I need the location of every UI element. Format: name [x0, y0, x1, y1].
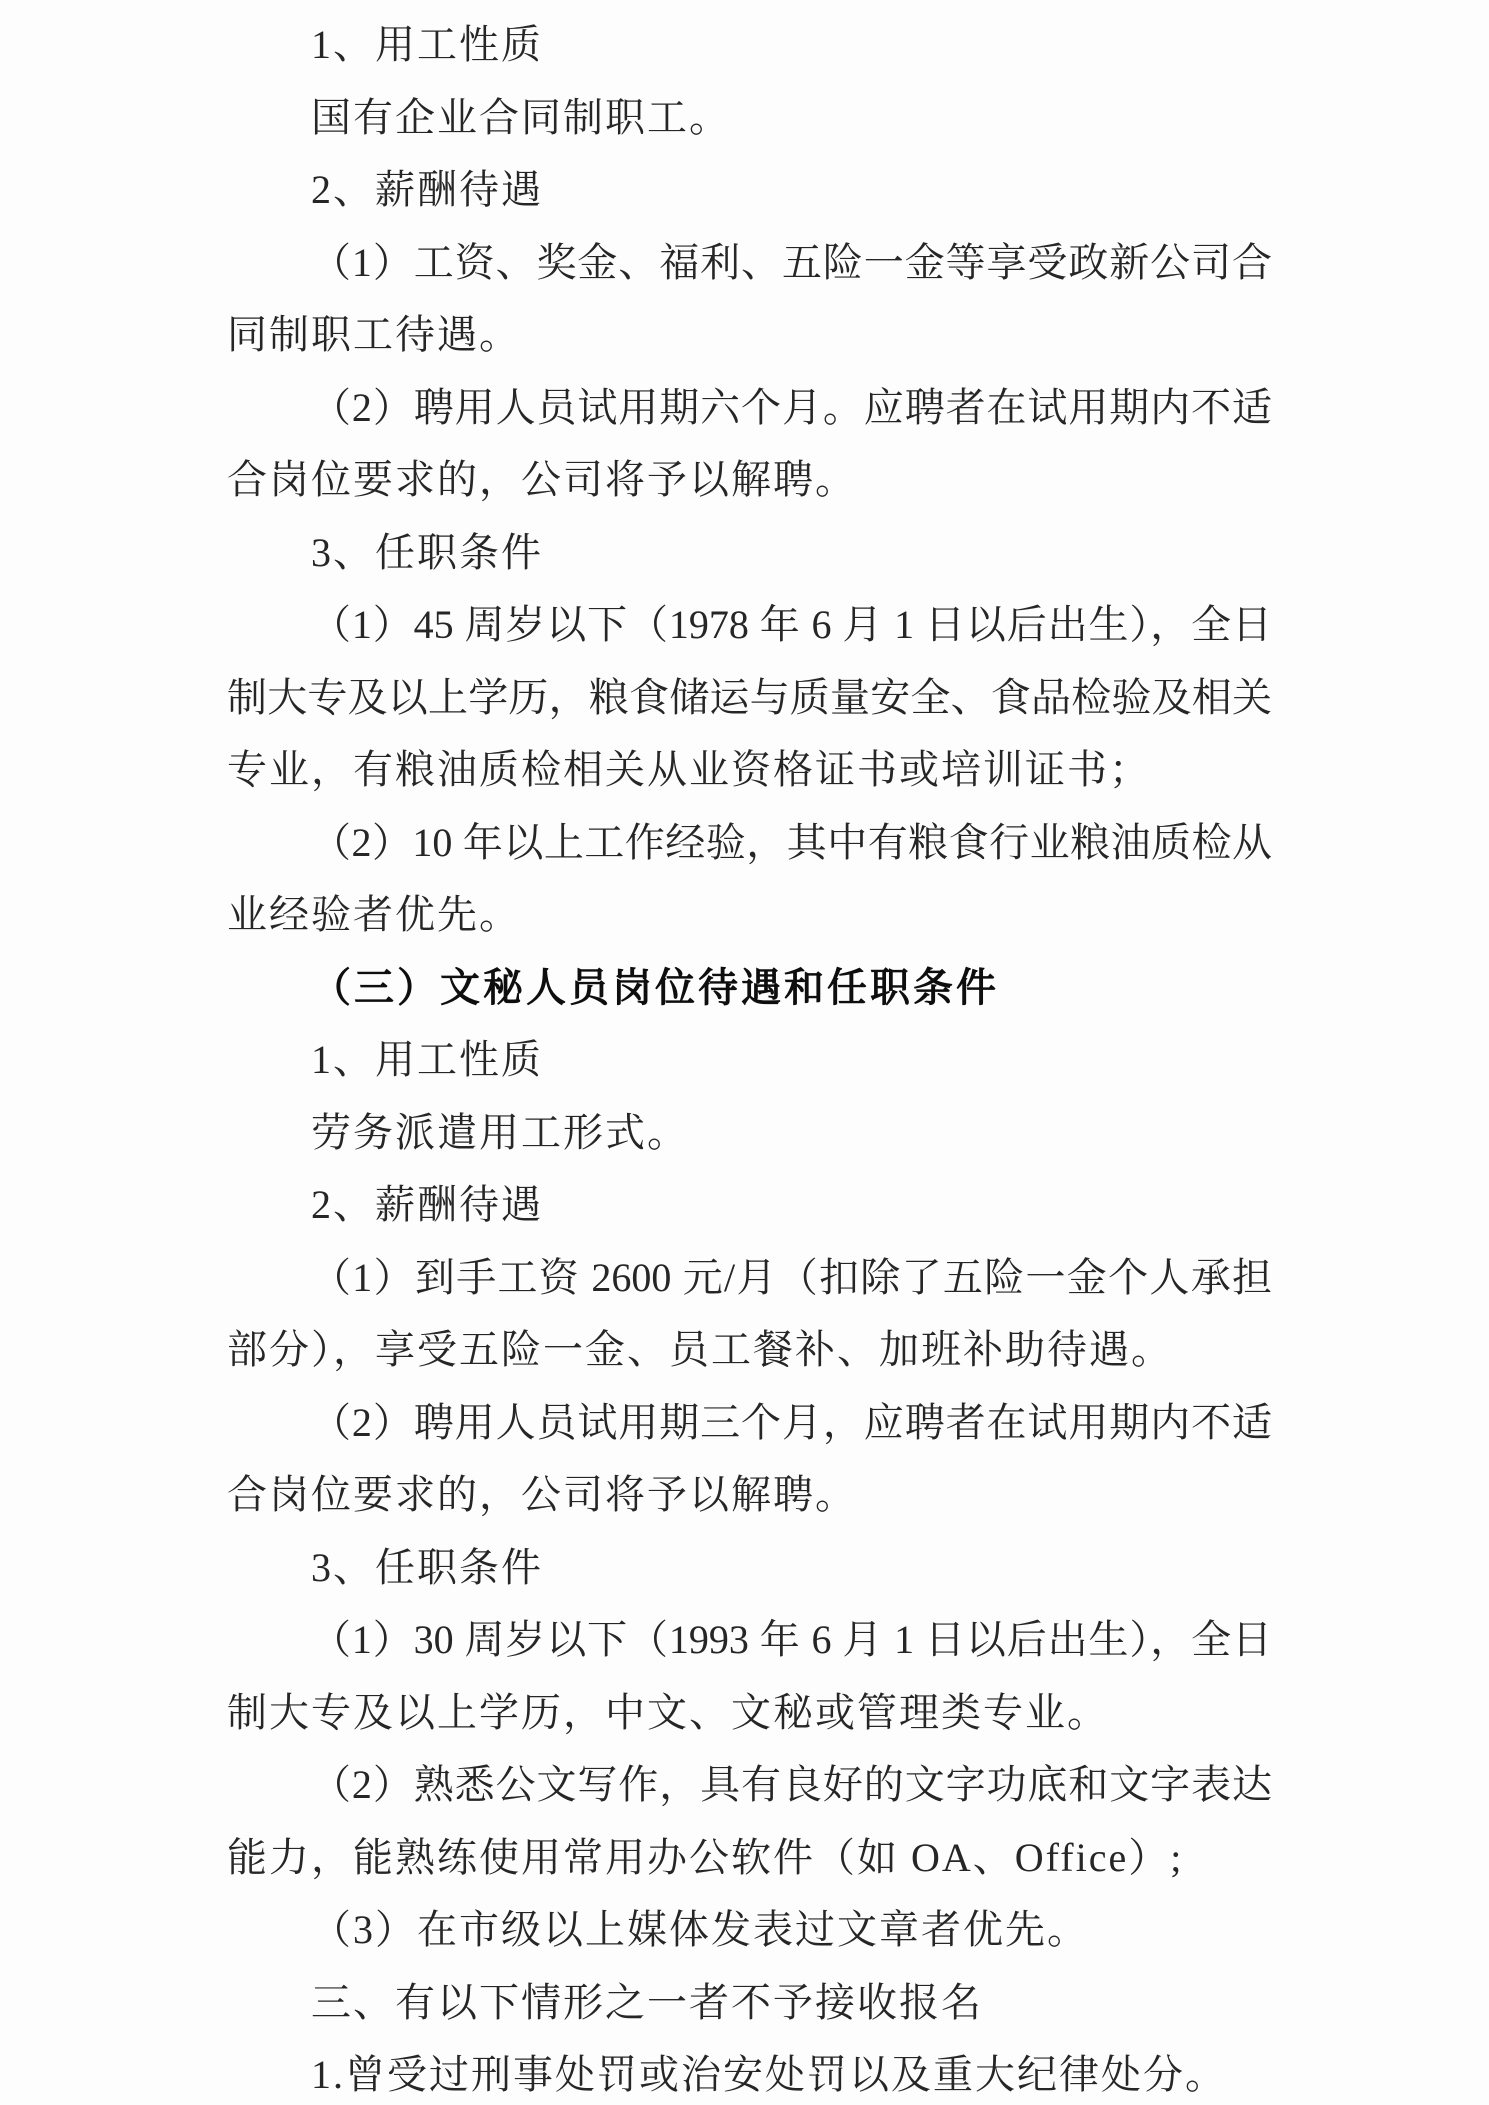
- document-page: 1、用工性质国有企业合同制职工。2、薪酬待遇（1）工资、奖金、福利、五险一金等享…: [0, 0, 1489, 2105]
- document-body: 1、用工性质国有企业合同制职工。2、薪酬待遇（1）工资、奖金、福利、五险一金等享…: [227, 9, 1272, 2105]
- document-line: 同制职工待遇。: [227, 299, 1272, 372]
- document-line: 部分），享受五险一金、员工餐补、加班补助待遇。: [227, 1314, 1272, 1387]
- document-line: （1）到手工资 2600 元/月（扣除了五险一金个人承担: [227, 1242, 1272, 1315]
- document-line: 劳务派遣用工形式。: [227, 1097, 1272, 1170]
- document-line: （2）10 年以上工作经验，其中有粮食行业粮油质检从: [227, 807, 1272, 880]
- document-line: （3）在市级以上媒体发表过文章者优先。: [227, 1894, 1272, 1967]
- document-line: 国有企业合同制职工。: [227, 82, 1272, 155]
- document-line: 3、任职条件: [227, 1532, 1272, 1605]
- document-line: 制大专及以上学历，粮食储运与质量安全、食品检验及相关: [227, 662, 1272, 735]
- document-line: 1、用工性质: [227, 9, 1272, 82]
- document-line: 专业，有粮油质检相关从业资格证书或培训证书；: [227, 734, 1272, 807]
- document-line: （2）聘用人员试用期六个月。应聘者在试用期内不适: [227, 372, 1272, 445]
- document-line: 合岗位要求的，公司将予以解聘。: [227, 1459, 1272, 1532]
- document-line: （1）工资、奖金、福利、五险一金等享受政新公司合: [227, 227, 1272, 300]
- document-line: （2）熟悉公文写作，具有良好的文字功底和文字表达: [227, 1749, 1272, 1822]
- document-line: 3、任职条件: [227, 517, 1272, 590]
- document-line: 1.曾受过刑事处罚或治安处罚以及重大纪律处分。: [227, 2039, 1272, 2105]
- document-line: 能力，能熟练使用常用办公软件（如 OA、Office）;: [227, 1822, 1272, 1895]
- document-line: 2、薪酬待遇: [227, 1169, 1272, 1242]
- document-line: 制大专及以上学历，中文、文秘或管理类专业。: [227, 1677, 1272, 1750]
- document-line: （2）聘用人员试用期三个月，应聘者在试用期内不适: [227, 1387, 1272, 1460]
- document-line: （1）30 周岁以下（1993 年 6 月 1 日以后出生），全日: [227, 1604, 1272, 1677]
- document-line: 业经验者优先。: [227, 879, 1272, 952]
- document-line: 合岗位要求的，公司将予以解聘。: [227, 444, 1272, 517]
- document-line: 1、用工性质: [227, 1024, 1272, 1097]
- document-line: 三、有以下情形之一者不予接收报名: [227, 1967, 1272, 2040]
- document-line: （1）45 周岁以下（1978 年 6 月 1 日以后出生），全日: [227, 589, 1272, 662]
- document-line: 2、薪酬待遇: [227, 154, 1272, 227]
- section-heading-line: （三）文秘人员岗位待遇和任职条件: [227, 952, 1272, 1025]
